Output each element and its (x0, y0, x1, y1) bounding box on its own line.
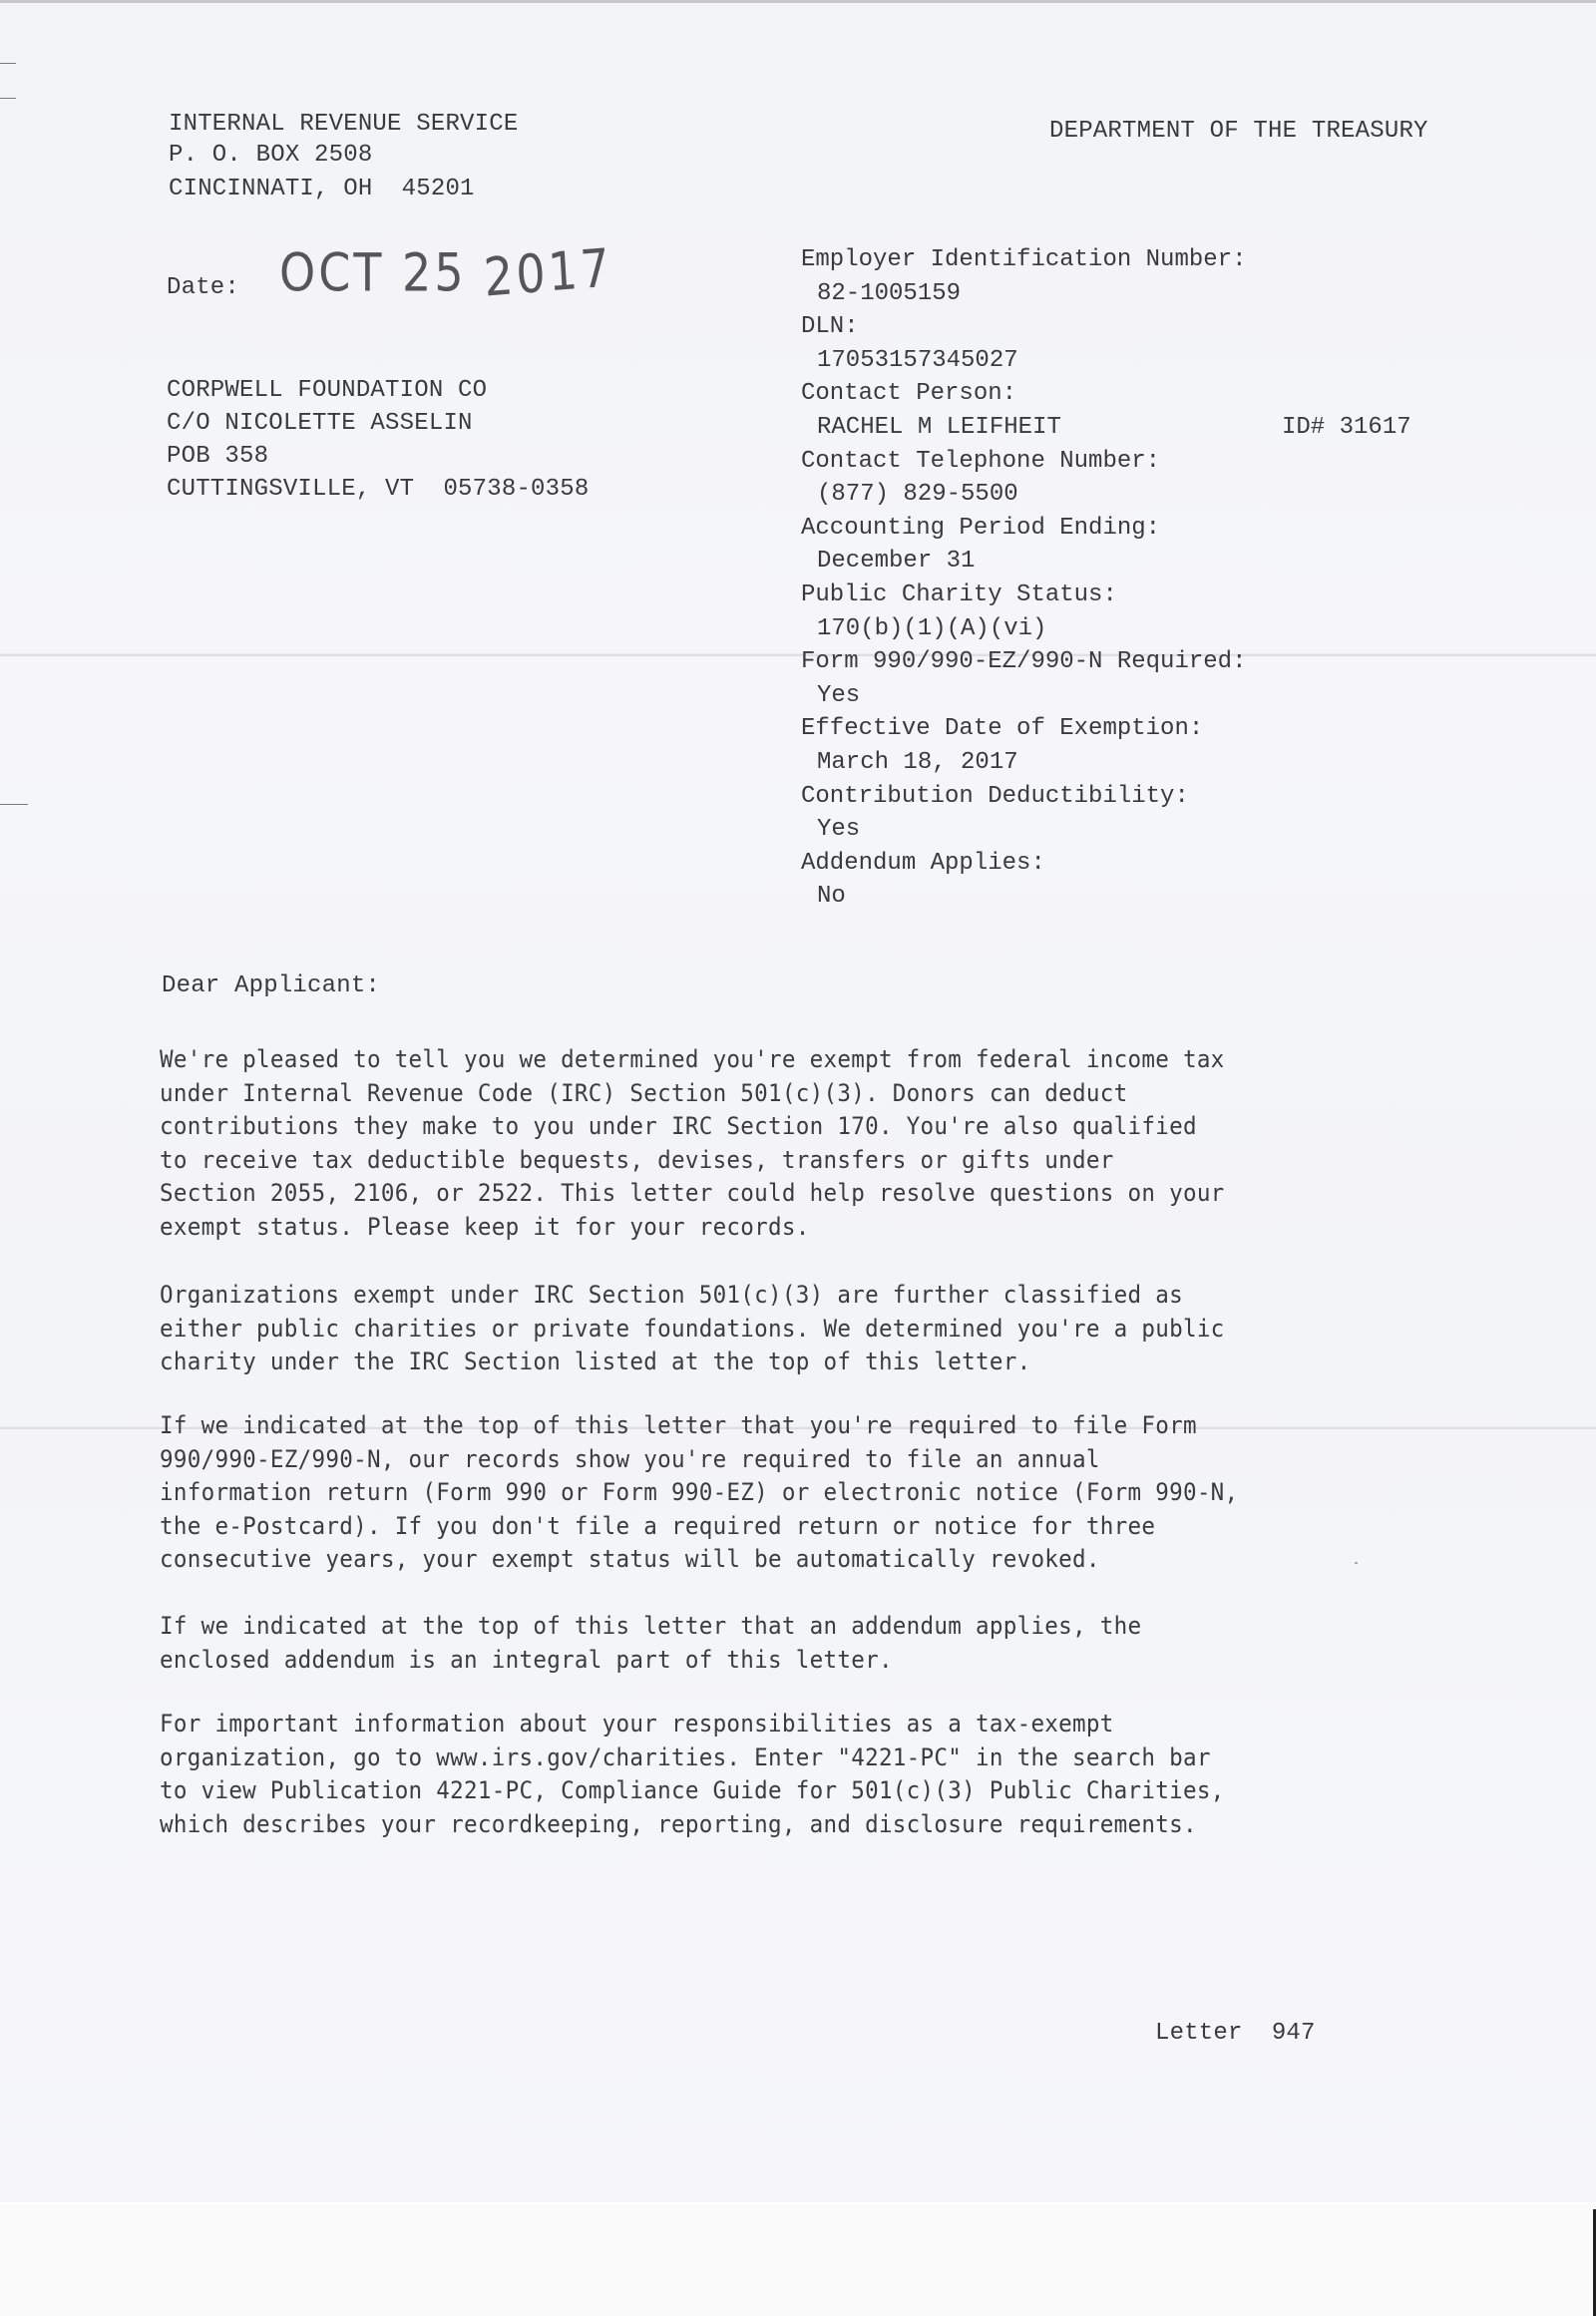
margin-mark (0, 98, 16, 99)
field-label-effective-date: Effective Date of Exemption: (801, 712, 1246, 746)
field-value-form-990-required: Yes (801, 679, 1246, 713)
paragraph-more-info: For important information about your res… (160, 1708, 1225, 1841)
field-label-contribution-deductibility: Contribution Deductibility: (801, 780, 1246, 814)
letter-page: INTERNAL REVENUE SERVICE P. O. BOX 2508 … (0, 0, 1596, 2202)
field-value-addendum-applies: No (801, 880, 1246, 914)
field-label-form-990-required: Form 990/990-EZ/990-N Required: (801, 645, 1246, 679)
field-label-contact-person: Contact Person: (801, 377, 1246, 411)
paragraph-exemption: We're pleased to tell you we determined … (160, 1043, 1225, 1244)
sender-line: P. O. BOX 2508 (169, 139, 372, 172)
paragraph-filing-requirement: If we indicated at the top of this lette… (160, 1409, 1238, 1577)
field-label-addendum-applies: Addendum Applies: (801, 847, 1246, 881)
scanner-background (0, 2202, 1596, 2316)
margin-mark (0, 63, 16, 64)
recipient-line: POB 358 (167, 440, 268, 473)
paper-fold (0, 653, 1596, 657)
letter-number: Letter 947 (1155, 2017, 1316, 2050)
date-stamp-month-day: OCT 25 (279, 241, 467, 303)
field-value-contact-person: RACHEL M LEIFHEIT (801, 411, 1246, 445)
paragraph-addendum: If we indicated at the top of this lette… (160, 1610, 1141, 1677)
recipient-line: CUTTINGSVILLE, VT 05738-0358 (167, 473, 589, 506)
field-label-ein: Employer Identification Number: (801, 243, 1246, 277)
field-label-public-charity-status: Public Charity Status: (801, 579, 1246, 612)
sender-line: CINCINNATI, OH 45201 (169, 173, 475, 205)
field-label-accounting-period: Accounting Period Ending: (801, 512, 1246, 546)
field-value-contribution-deductibility: Yes (801, 813, 1246, 847)
margin-mark (0, 804, 28, 805)
field-value-effective-date: March 18, 2017 (801, 746, 1246, 780)
paragraph-classification: Organizations exempt under IRC Section 5… (160, 1279, 1225, 1379)
page-edge (0, 0, 1596, 3)
field-label-dln: DLN: (801, 310, 1246, 344)
salutation: Dear Applicant: (162, 969, 380, 1002)
date-stamp-year: 2017 (482, 236, 614, 308)
field-value-ein: 82-1005159 (801, 277, 1246, 311)
recipient-line: CORPWELL FOUNDATION CO (167, 374, 487, 407)
recipient-line: C/O NICOLETTE ASSELIN (167, 407, 473, 440)
field-value-accounting-period: December 31 (801, 545, 1246, 579)
sender-line: INTERNAL REVENUE SERVICE (169, 108, 518, 141)
field-label-telephone: Contact Telephone Number: (801, 445, 1246, 479)
paper-speck (1355, 1562, 1358, 1564)
department-name: DEPARTMENT OF THE TREASURY (1049, 115, 1428, 148)
date-label: Date: (167, 271, 239, 304)
determination-fields: Employer Identification Number: 82-10051… (801, 243, 1246, 914)
field-value-public-charity-status: 170(b)(1)(A)(vi) (801, 612, 1246, 646)
field-value-telephone: (877) 829-5500 (801, 478, 1246, 512)
contact-id: ID# 31617 (1282, 414, 1411, 441)
date-stamp: OCT 25 2017 (279, 241, 612, 303)
field-value-dln: 17053157345027 (801, 344, 1246, 378)
